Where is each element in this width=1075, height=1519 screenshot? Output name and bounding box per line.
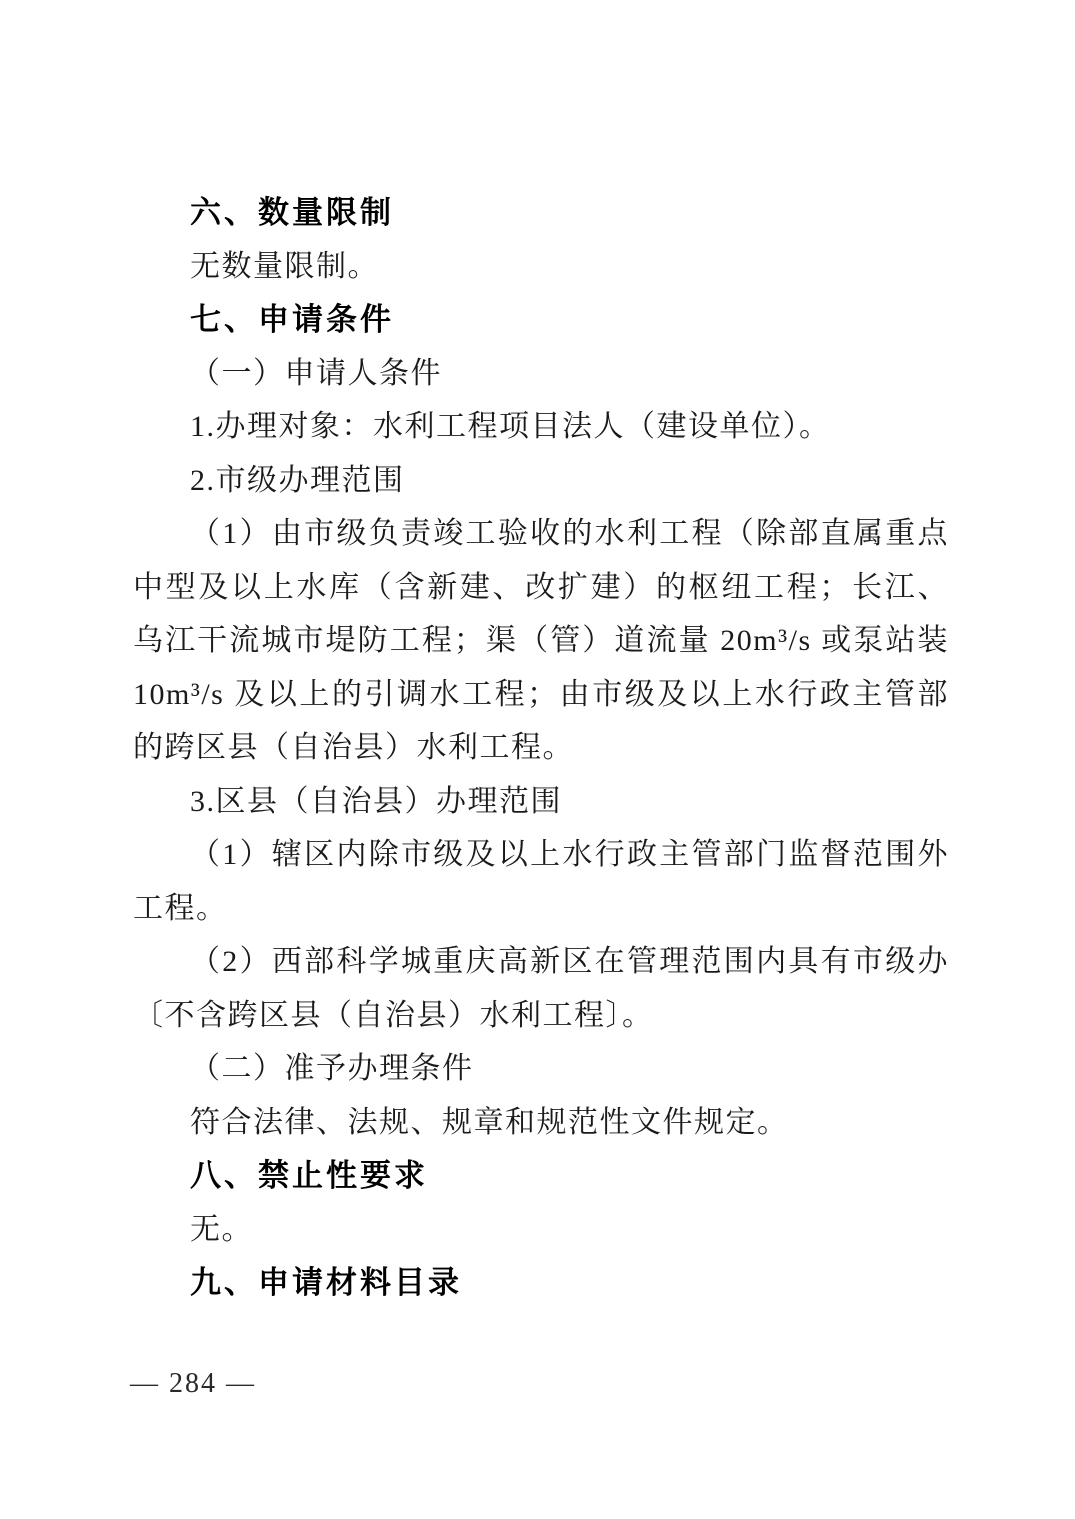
paragraph-line: 中型及以上水库（含新建、改扩建）的枢纽工程；长江、嘉陵江、	[133, 561, 949, 615]
paragraph-line: 工程。	[133, 882, 949, 936]
paragraph-line: （1）由市级负责竣工验收的水利工程（除部直属重点工程）：	[133, 507, 949, 561]
paragraph-line: 3.区县（自治县）办理范围	[133, 775, 949, 829]
document-body: 六、数量限制 无数量限制。 七、申请条件 （一）申请人条件 1.办理对象：水利工…	[133, 186, 949, 1310]
paragraph-line: 符合法律、法规、规章和规范性文件规定。	[133, 1096, 949, 1150]
page-number: — 284 —	[130, 1368, 256, 1399]
subsection-heading: （二）准予办理条件	[133, 1042, 949, 1096]
paragraph-line: 1.办理对象：水利工程项目法人（建设单位）。	[133, 400, 949, 454]
paragraph-line: 〔不含跨区县（自治县）水利工程〕。	[133, 989, 949, 1043]
paragraph-line: 10m³/s 及以上的引调水工程；由市级及以上水行政主管部门审批	[133, 668, 949, 722]
section-heading-8: 八、禁止性要求	[133, 1149, 949, 1203]
section-heading-9: 九、申请材料目录	[133, 1256, 949, 1310]
paragraph-line: 乌江干流城市堤防工程；渠（管）道流量 20m³/s 或泵站装机流量	[133, 614, 949, 668]
paragraph-line: 无数量限制。	[133, 240, 949, 294]
paragraph-line: （1）辖区内除市级及以上水行政主管部门监督范围外的水利	[133, 828, 949, 882]
page-footer: — 284 —	[130, 1368, 256, 1400]
paragraph-line: 无。	[133, 1203, 949, 1257]
section-heading-7: 七、申请条件	[133, 293, 949, 347]
section-heading-6: 六、数量限制	[133, 186, 949, 240]
paragraph-line: 2.市级办理范围	[133, 454, 949, 508]
paragraph-line: （2）西部科学城重庆高新区在管理范围内具有市级办理权限	[133, 935, 949, 989]
subsection-heading: （一）申请人条件	[133, 347, 949, 401]
paragraph-line: 的跨区县（自治县）水利工程。	[133, 721, 949, 775]
document-page: 六、数量限制 无数量限制。 七、申请条件 （一）申请人条件 1.办理对象：水利工…	[0, 0, 1075, 1519]
